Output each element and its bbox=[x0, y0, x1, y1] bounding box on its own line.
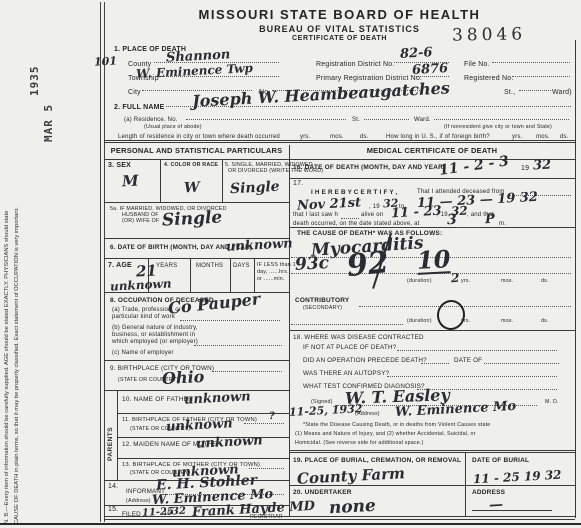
informant-address-label: (Address) bbox=[126, 498, 151, 504]
mother-handwriting: unknown bbox=[196, 434, 263, 450]
length-yrs: yrs. bbox=[300, 134, 310, 141]
divider bbox=[465, 486, 466, 516]
operation-line bbox=[421, 356, 449, 364]
contributory-ds-label: ds. bbox=[541, 318, 549, 324]
autopsy-line bbox=[387, 369, 557, 377]
footnote-line-3: Homicidal. (See reverse side for additio… bbox=[295, 440, 424, 446]
date-of-death-year-handwriting: 32 bbox=[533, 159, 552, 173]
marital-handwriting: Single bbox=[230, 180, 280, 197]
mother-birthplace-line bbox=[249, 461, 284, 469]
where-label-1: 18. WHERE WAS DISEASE CONTRACTED bbox=[293, 334, 424, 341]
certify2-line bbox=[341, 211, 359, 219]
date-of-death-row: 16. DATE OF DEATH (MONTH, DAY AND YEAR) … bbox=[289, 159, 575, 179]
divider bbox=[190, 259, 191, 293]
ampm-handwriting: P bbox=[485, 213, 495, 226]
form-right-rule bbox=[575, 40, 576, 518]
file-no-label: File No. bbox=[464, 61, 490, 69]
full-name-label: 2. FULL NAME bbox=[114, 104, 165, 112]
father-birthplace-handwriting: unknown bbox=[166, 417, 233, 433]
age-years-label: YEARS bbox=[156, 263, 177, 270]
age-note-handwriting: unknown bbox=[110, 277, 172, 292]
date-of-line bbox=[484, 356, 559, 364]
dob-row: 6. DATE OF BIRTH (MONTH, DAY AND YEAR) u… bbox=[104, 239, 289, 259]
divider bbox=[254, 259, 255, 293]
m-label: m. bbox=[499, 221, 506, 228]
occupation-row: 8. OCCUPATION OF DECEASED (a) Trade, pro… bbox=[104, 293, 289, 361]
divider bbox=[117, 413, 289, 414]
age-row: 7. AGE YEARS MONTHS DAYS IF LESS than 1 … bbox=[104, 259, 289, 293]
divider bbox=[472, 510, 552, 511]
undertaker-handwriting: none bbox=[329, 498, 377, 517]
undertaker-row: 20. UNDERTAKER none ADDRESS — bbox=[289, 486, 575, 516]
occupation-b-label-2: business, or establishment in bbox=[112, 332, 195, 339]
residence-st-line bbox=[364, 112, 409, 120]
received-stamp-year: 1935 bbox=[28, 66, 41, 97]
undertaker-label: 20. UNDERTAKER bbox=[293, 489, 352, 496]
footnote-line-2: (1) Means and Nature of Injury, and (2) … bbox=[295, 431, 476, 437]
burial-date-handwriting: 11 - 25 19 32 bbox=[473, 469, 562, 486]
certify-19a: , 19 bbox=[369, 204, 380, 211]
cause-code-c-handwriting: 10 bbox=[416, 247, 451, 275]
burial-date-label: DATE OF BURIAL bbox=[472, 457, 529, 464]
footnote-line-1: *State the Disease Causing Death, or in … bbox=[303, 422, 490, 428]
occupation-b-line bbox=[194, 338, 282, 346]
divider bbox=[160, 159, 161, 203]
certify2-label: that I last saw h bbox=[293, 212, 338, 219]
last-saw-handwriting: 11 - 23 bbox=[391, 205, 442, 221]
footnote: *State the Disease Causing Death, or in … bbox=[289, 418, 575, 450]
bottom-double-rule bbox=[104, 516, 575, 520]
date-of-label: DATE OF bbox=[454, 357, 482, 364]
cause-code-a-handwriting: 93c bbox=[295, 255, 330, 274]
occupation-c-label: (c) Name of employer bbox=[112, 350, 174, 357]
informant-no: 14. bbox=[108, 483, 118, 491]
parents-label: PARENTS bbox=[107, 427, 114, 461]
residence-line bbox=[186, 112, 346, 120]
residence-ward-line bbox=[434, 112, 569, 120]
reg-district-label: Registration District No. bbox=[316, 61, 395, 69]
undertaker-address-label: ADDRESS bbox=[472, 489, 505, 496]
header-board: MISSOURI STATE BOARD OF HEALTH bbox=[104, 8, 575, 23]
disease-contracted-section: 18. WHERE WAS DISEASE CONTRACTED IF NOT … bbox=[289, 330, 575, 418]
cause-ds-label: ds. bbox=[541, 278, 549, 284]
parents-section: PARENTS 10. NAME OF FATHER unknown 11. B… bbox=[104, 391, 289, 481]
cause-mos-label: mos. bbox=[501, 278, 513, 284]
primary-district-handwriting: 6876 bbox=[412, 62, 449, 77]
sex-label: 3. SEX bbox=[108, 162, 131, 170]
signed-date-handwriting: 11-25, 1932 bbox=[289, 403, 363, 418]
occupation-b-label-1: (b) General nature of industry, bbox=[112, 325, 198, 332]
death-hour-handwriting: 3 bbox=[447, 213, 457, 227]
margin-note-outer: N. B.—Every item of information should b… bbox=[4, 211, 10, 524]
medical-title: MEDICAL CERTIFICATE OF DEATH bbox=[289, 147, 575, 156]
howlong-yrs: yrs. bbox=[512, 134, 522, 141]
cause-yrs-label: yrs. bbox=[461, 278, 470, 284]
race-handwriting: W bbox=[184, 181, 200, 196]
contributory-line-2 bbox=[291, 317, 403, 325]
divider bbox=[117, 391, 118, 481]
married-label-3: (OR) WIFE OF bbox=[122, 218, 159, 224]
divider bbox=[222, 159, 223, 203]
contributory-mos-label: mos. bbox=[501, 318, 513, 324]
residence-st-label: St. bbox=[352, 117, 360, 124]
divider bbox=[230, 259, 231, 293]
age-label: 7. AGE bbox=[108, 262, 132, 270]
father-handwriting: unknown bbox=[184, 390, 251, 406]
filed-no: 15. bbox=[108, 506, 118, 514]
divider bbox=[117, 458, 289, 459]
father-birthplace-mark: ? bbox=[269, 412, 275, 422]
race-label: 4. COLOR OR RACE bbox=[164, 162, 218, 168]
burial-row: 19. PLACE OF BURIAL, CREMATION, OR REMOV… bbox=[289, 450, 575, 486]
hour-line bbox=[457, 220, 479, 228]
father-label: 10. NAME OF FATHER bbox=[122, 396, 193, 403]
serial-number: 38046 bbox=[452, 24, 526, 45]
registered-no-line bbox=[512, 69, 570, 77]
certify2b-label: alive on bbox=[361, 212, 383, 219]
residence-label: (a) Residence. No. bbox=[124, 117, 178, 124]
sex-race-marital-row: 3. SEX M 4. COLOR OR RACE W 5. SINGLE, M… bbox=[104, 159, 289, 203]
howlong-mos: mos. bbox=[536, 134, 550, 141]
contributory-label: CONTRIBUTORY bbox=[295, 297, 349, 304]
age-less-label-2: day, ......hrs. bbox=[257, 269, 289, 275]
date-of-death-label: 16. DATE OF DEATH (MONTH, DAY AND YEAR) bbox=[293, 164, 445, 171]
age-less-label-3: or ......min. bbox=[257, 276, 285, 282]
burial-place-handwriting: County Farm bbox=[297, 466, 406, 487]
date-of-death-19: 19 bbox=[521, 165, 529, 173]
burial-place-label: 19. PLACE OF BURIAL, CREMATION, OR REMOV… bbox=[293, 457, 461, 464]
certify3-label: death occurred, on the date stated above… bbox=[293, 221, 420, 228]
full-name-section: 2. FULL NAME Joseph W. Heambeaugatches (… bbox=[104, 96, 575, 143]
abode-note: (Usual place of abode) bbox=[144, 124, 202, 130]
township-handwriting: W. Eminence Twp bbox=[136, 62, 253, 80]
length-label: Length of residence in city or town wher… bbox=[118, 134, 280, 141]
birthplace-row: 9. BIRTHPLACE (CITY OR TOWN) (STATE OR C… bbox=[104, 361, 289, 391]
file-no-line bbox=[492, 55, 570, 63]
cause-of-death-section: THE CAUSE OF DEATH* WAS AS FOLLOWS: Myoc… bbox=[289, 228, 575, 292]
occupation-b-label-3: which employed (or employer) bbox=[112, 339, 198, 346]
md-label: M. D. bbox=[545, 399, 559, 405]
cause-duration-handwriting: 2 bbox=[451, 272, 460, 284]
place-prefix-handwriting: 101 bbox=[94, 55, 118, 67]
sex-handwriting: M bbox=[122, 174, 139, 190]
certify-no: 17. bbox=[293, 180, 303, 188]
margin-note-inner: CAUSE OF DEATH in plain terms, so that i… bbox=[14, 207, 20, 524]
contributory-section: CONTRIBUTORY (SECONDARY) (duration) yrs.… bbox=[289, 292, 575, 330]
spouse-handwriting: Single bbox=[162, 209, 223, 229]
occupation-a-label-2: particular kind of work bbox=[112, 314, 175, 321]
residence-ward-label: Ward. bbox=[414, 117, 431, 124]
death-certificate-scan: N. B.—Every item of information should b… bbox=[0, 0, 581, 528]
scan-edge-line bbox=[0, 523, 581, 525]
howlong-ds: ds. bbox=[560, 134, 569, 141]
certify-section: 17. I H E R E B Y C E R T I F Y , That I… bbox=[289, 179, 575, 228]
registered-no-label: Registered No. bbox=[464, 75, 514, 83]
father-birthplace-line bbox=[244, 416, 284, 424]
where-label-2: IF NOT AT PLACE OF DEATH? bbox=[303, 344, 396, 351]
contributory-line-1 bbox=[359, 299, 571, 307]
length-mos: mos. bbox=[330, 134, 344, 141]
where-line bbox=[397, 343, 557, 351]
howlong-label: How long in U. S., if of foreign birth? bbox=[386, 134, 490, 141]
reg-district-handwriting: 82-6 bbox=[400, 46, 433, 61]
dob-handwriting: unknown bbox=[226, 237, 293, 253]
received-stamp-month: MAR 5 bbox=[42, 104, 55, 142]
birthplace-line bbox=[212, 364, 282, 372]
spouse-row: 5a. IF MARRIED, WIDOWED, OR DIVORCED HUS… bbox=[104, 203, 289, 239]
ward-line bbox=[519, 83, 551, 91]
contributory-duration-label: (duration) bbox=[407, 318, 432, 324]
age-months-label: MONTHS bbox=[196, 263, 223, 270]
operation-label: DID AN OPERATION PRECEDE DEATH? bbox=[303, 357, 427, 364]
personal-title: PERSONAL AND STATISTICAL PARTICULARS bbox=[104, 147, 289, 156]
signed-address-label: (Address) bbox=[355, 411, 380, 417]
date-of-death-handwriting: 11 - 2 - 3 bbox=[438, 154, 509, 178]
autopsy-label: WAS THERE AN AUTOPSY? bbox=[303, 370, 389, 377]
nonresident-note: (If nonresident give city or town and St… bbox=[444, 124, 552, 130]
divider bbox=[465, 453, 466, 489]
age-days-label: DAYS bbox=[233, 263, 250, 270]
length-ds: ds. bbox=[360, 134, 369, 141]
contributory-sub-label: (SECONDARY) bbox=[303, 305, 342, 311]
cause-duration-label: (duration) bbox=[407, 278, 432, 284]
birthplace-handwriting: Ohio bbox=[162, 369, 205, 387]
